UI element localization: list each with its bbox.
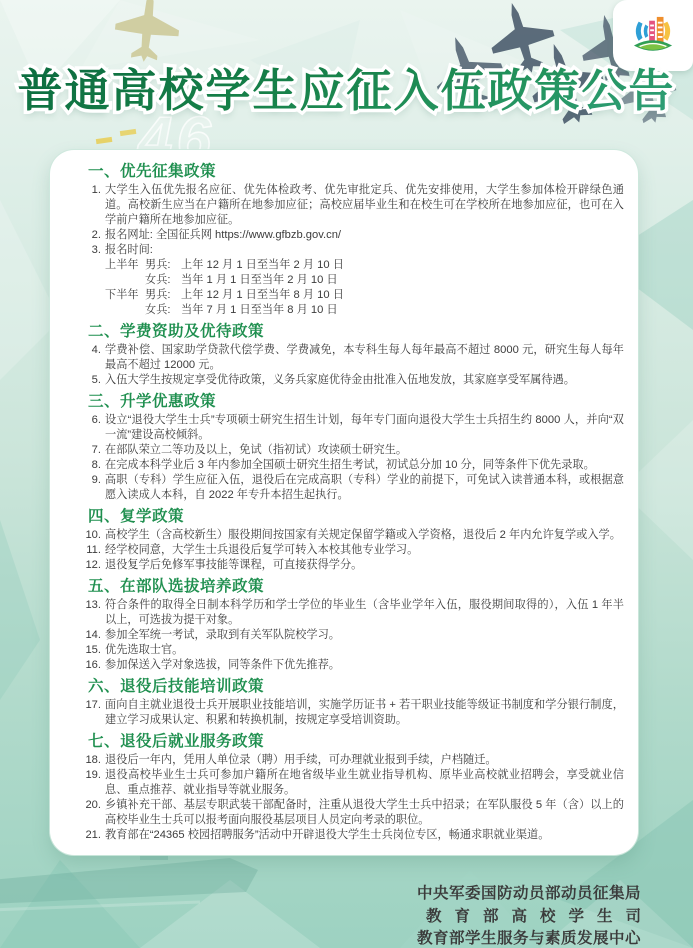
item-text: 在完成本科学业后 3 年内参加全国硕士研究生招生考试，初试总分加 10 分，同等… [105, 459, 595, 471]
policy-item: 19.退役高校毕业生士兵可参加户籍所在地省级毕业生就业指导机构、原毕业高校就业招… [74, 768, 624, 798]
item-number: 7. [74, 443, 101, 458]
item-text: 学费补偿、国家助学贷款代偿学费、学费减免，本专科生每人每年最高不超过 8000 … [105, 344, 624, 371]
policy-section: 六、退役后技能培训政策17.面向自主就业退役士兵开展职业技能培训，实施学历证书 … [74, 677, 624, 728]
section-heading: 六、退役后技能培训政策 [88, 677, 624, 696]
item-text: 优先选取士官。 [105, 644, 183, 656]
logo-icon [630, 15, 676, 57]
item-number: 11. [74, 543, 101, 558]
policy-item: 11.经学校同意，大学生士兵退役后复学可转入本校其他专业学习。 [74, 543, 624, 558]
item-text: 经学校同意，大学生士兵退役后复学可转入本校其他专业学习。 [105, 544, 418, 556]
policy-item: 14.参加全军统一考试，录取到有关军队院校学习。 [74, 628, 624, 643]
section-heading: 三、升学优惠政策 [88, 392, 624, 411]
policy-item: 15.优先选取士官。 [74, 643, 624, 658]
item-text: 面向自主就业退役士兵开展职业技能培训，实施学历证书 + 若干职业技能等级证书制度… [105, 699, 624, 726]
policy-item: 7.在部队荣立二等功及以上，免试（指初试）攻读硕士研究生。 [74, 443, 624, 458]
policy-section: 三、升学优惠政策6.设立“退役大学生士兵”专项硕士研究生招生计划，每年专门面向退… [74, 392, 624, 503]
schedule-label: 男兵: [145, 288, 181, 303]
item-number: 3. [74, 243, 101, 258]
item-text: 高职（专科）学生应征入伍，退役后在完成高职（专科）学业的前提下，可免试入读普通本… [105, 474, 624, 501]
policy-item: 10.高校学生（含高校新生）服役期间按国家有关规定保留学籍或入学资格，退役后 2… [74, 528, 624, 543]
schedule-range: 上年 12 月 1 日至当年 8 月 10 日 [181, 289, 344, 301]
policy-item: 13.符合条件的取得全日制本科学历和学士学位的毕业生（含毕业学年入伍，服役期间取… [74, 598, 624, 628]
item-number: 16. [74, 658, 101, 673]
item-number: 13. [74, 598, 101, 613]
item-number: 2. [74, 228, 101, 243]
item-number: 19. [74, 768, 101, 783]
item-number: 6. [74, 413, 101, 428]
item-number: 17. [74, 698, 101, 713]
item-text: 乡镇补充干部、基层专职武装干部配备时，注重从退役大学生士兵中招录；在军队服役 5… [105, 799, 624, 826]
item-text: 退役高校毕业生士兵可参加户籍所在地省级毕业生就业指导机构、原毕业高校就业招聘会，… [105, 769, 624, 796]
item-number: 20. [74, 798, 101, 813]
policy-item: 9.高职（专科）学生应征入伍，退役后在完成高职（专科）学业的前提下，可免试入读普… [74, 473, 624, 503]
item-number: 14. [74, 628, 101, 643]
section-heading: 二、学费资助及优待政策 [88, 322, 624, 341]
footer-line: 教育部学生服务与素质发展中心 [417, 928, 641, 948]
policy-item: 21.教育部在“24365 校园招聘服务”活动中开辟退役大学生士兵岗位专区，畅通… [74, 828, 624, 843]
item-text: 退役后一年内，凭用人单位录（聘）用手续，可办理就业报到手续，户档随迁。 [105, 754, 497, 766]
item-number: 1. [74, 183, 101, 198]
item-text: 参加保送入学对象选拔，同等条件下优先推荐。 [105, 659, 340, 671]
content-panel: 一、优先征集政策1.大学生入伍优先报名应征、优先体检政考、优先审批定兵、优先安排… [50, 150, 638, 855]
policy-item: 18.退役后一年内，凭用人单位录（聘）用手续，可办理就业报到手续，户档随迁。 [74, 753, 624, 768]
item-number: 15. [74, 643, 101, 658]
schedule-label: 男兵: [145, 258, 181, 273]
item-text: 报名网址: 全国征兵网 https://www.gfbzb.gov.cn/ [105, 229, 341, 241]
item-number: 8. [74, 458, 101, 473]
section-heading: 四、复学政策 [88, 507, 624, 526]
page-title-text: 普通高校学生应征入伍政策公告 [0, 60, 693, 122]
schedule-period: 上半年 [105, 258, 145, 273]
item-text: 报名时间: [105, 244, 153, 256]
policy-section: 七、退役后就业服务政策18.退役后一年内，凭用人单位录（聘）用手续，可办理就业报… [74, 732, 624, 843]
item-text: 教育部在“24365 校园招聘服务”活动中开辟退役大学生士兵岗位专区，畅通求职就… [105, 829, 549, 841]
schedule-row: 女兵:当年 7 月 1 日至当年 8 月 10 日 [74, 303, 624, 318]
policy-section: 一、优先征集政策1.大学生入伍优先报名应征、优先体检政考、优先审批定兵、优先安排… [74, 162, 624, 318]
section-heading: 一、优先征集政策 [88, 162, 624, 181]
item-number: 9. [74, 473, 101, 488]
schedule-range: 当年 7 月 1 日至当年 8 月 10 日 [181, 304, 338, 316]
section-heading: 五、在部队选拔培养政策 [88, 577, 624, 596]
item-text: 退役复学后免修军事技能等课程，可直接获得学分。 [105, 559, 362, 571]
schedule-row: 女兵:当年 1 月 1 日至当年 2 月 10 日 [74, 273, 624, 288]
policy-item: 17.面向自主就业退役士兵开展职业技能培训，实施学历证书 + 若干职业技能等级证… [74, 698, 624, 728]
item-number: 10. [74, 528, 101, 543]
item-text: 入伍大学生按规定享受优待政策，义务兵家庭优待金由批准入伍地发放，其家庭享受军属待… [105, 374, 575, 386]
footer-line: 教育部高校学生司 [417, 906, 654, 929]
policy-item: 3.报名时间: [74, 243, 624, 258]
item-number: 18. [74, 753, 101, 768]
policy-section: 五、在部队选拔培养政策13.符合条件的取得全日制本科学历和学士学位的毕业生（含毕… [74, 577, 624, 673]
item-number: 4. [74, 343, 101, 358]
poster: 46 普通高校学生应征入伍政策公告 [0, 0, 693, 948]
item-number: 12. [74, 558, 101, 573]
schedule-row: 上半年男兵:上年 12 月 1 日至当年 2 月 10 日 [74, 258, 624, 273]
schedule-period: 下半年 [105, 288, 145, 303]
item-text: 在部队荣立二等功及以上，免试（指初试）攻读硕士研究生。 [105, 444, 407, 456]
footer-line: 中央军委国防动员部动员征集局 [417, 883, 641, 906]
policy-item: 4.学费补偿、国家助学贷款代偿学费、学费减免，本专科生每人每年最高不超过 800… [74, 343, 624, 373]
page-title: 普通高校学生应征入伍政策公告 普通高校学生应征入伍政策公告 [0, 60, 693, 122]
item-number: 5. [74, 373, 101, 388]
item-text: 高校学生（含高校新生）服役期间按国家有关规定保留学籍或入学资格，退役后 2 年内… [105, 529, 621, 541]
policy-item: 12.退役复学后免修军事技能等课程，可直接获得学分。 [74, 558, 624, 573]
policy-item: 6.设立“退役大学生士兵”专项硕士研究生招生计划，每年专门面向退役大学生士兵招生… [74, 413, 624, 443]
item-number: 21. [74, 828, 101, 843]
policy-item: 1.大学生入伍优先报名应征、优先体检政考、优先审批定兵、优先安排使用，大学生参加… [74, 183, 624, 228]
policy-item: 5.入伍大学生按规定享受优待政策，义务兵家庭优待金由批准入伍地发放，其家庭享受军… [74, 373, 624, 388]
footer-signatures: 中央军委国防动员部动员征集局教育部高校学生司教育部学生服务与素质发展中心 [417, 883, 641, 948]
policy-item: 2.报名网址: 全国征兵网 https://www.gfbzb.gov.cn/ [74, 228, 624, 243]
schedule-label: 女兵: [145, 273, 181, 288]
schedule-range: 当年 1 月 1 日至当年 2 月 10 日 [181, 274, 338, 286]
schedule-row: 下半年男兵:上年 12 月 1 日至当年 8 月 10 日 [74, 288, 624, 303]
policy-item: 8.在完成本科学业后 3 年内参加全国硕士研究生招生考试，初试总分加 10 分，… [74, 458, 624, 473]
schedule-range: 上年 12 月 1 日至当年 2 月 10 日 [181, 259, 344, 271]
item-text: 符合条件的取得全日制本科学历和学士学位的毕业生（含毕业学年入伍，服役期间取得的）… [105, 599, 624, 626]
item-text: 设立“退役大学生士兵”专项硕士研究生招生计划，每年专门面向退役大学生士兵招生约 … [105, 414, 624, 441]
policy-item: 16.参加保送入学对象选拔，同等条件下优先推荐。 [74, 658, 624, 673]
item-text: 大学生入伍优先报名应征、优先体检政考、优先审批定兵、优先安排使用，大学生参加体检… [105, 184, 624, 226]
schedule-label: 女兵: [145, 303, 181, 318]
item-text: 参加全军统一考试，录取到有关军队院校学习。 [105, 629, 340, 641]
section-heading: 七、退役后就业服务政策 [88, 732, 624, 751]
policy-sections: 一、优先征集政策1.大学生入伍优先报名应征、优先体检政考、优先审批定兵、优先安排… [74, 162, 624, 843]
policy-section: 四、复学政策10.高校学生（含高校新生）服役期间按国家有关规定保留学籍或入学资格… [74, 507, 624, 573]
policy-item: 20.乡镇补充干部、基层专职武装干部配备时，注重从退役大学生士兵中招录；在军队服… [74, 798, 624, 828]
policy-section: 二、学费资助及优待政策4.学费补偿、国家助学贷款代偿学费、学费减免，本专科生每人… [74, 322, 624, 388]
